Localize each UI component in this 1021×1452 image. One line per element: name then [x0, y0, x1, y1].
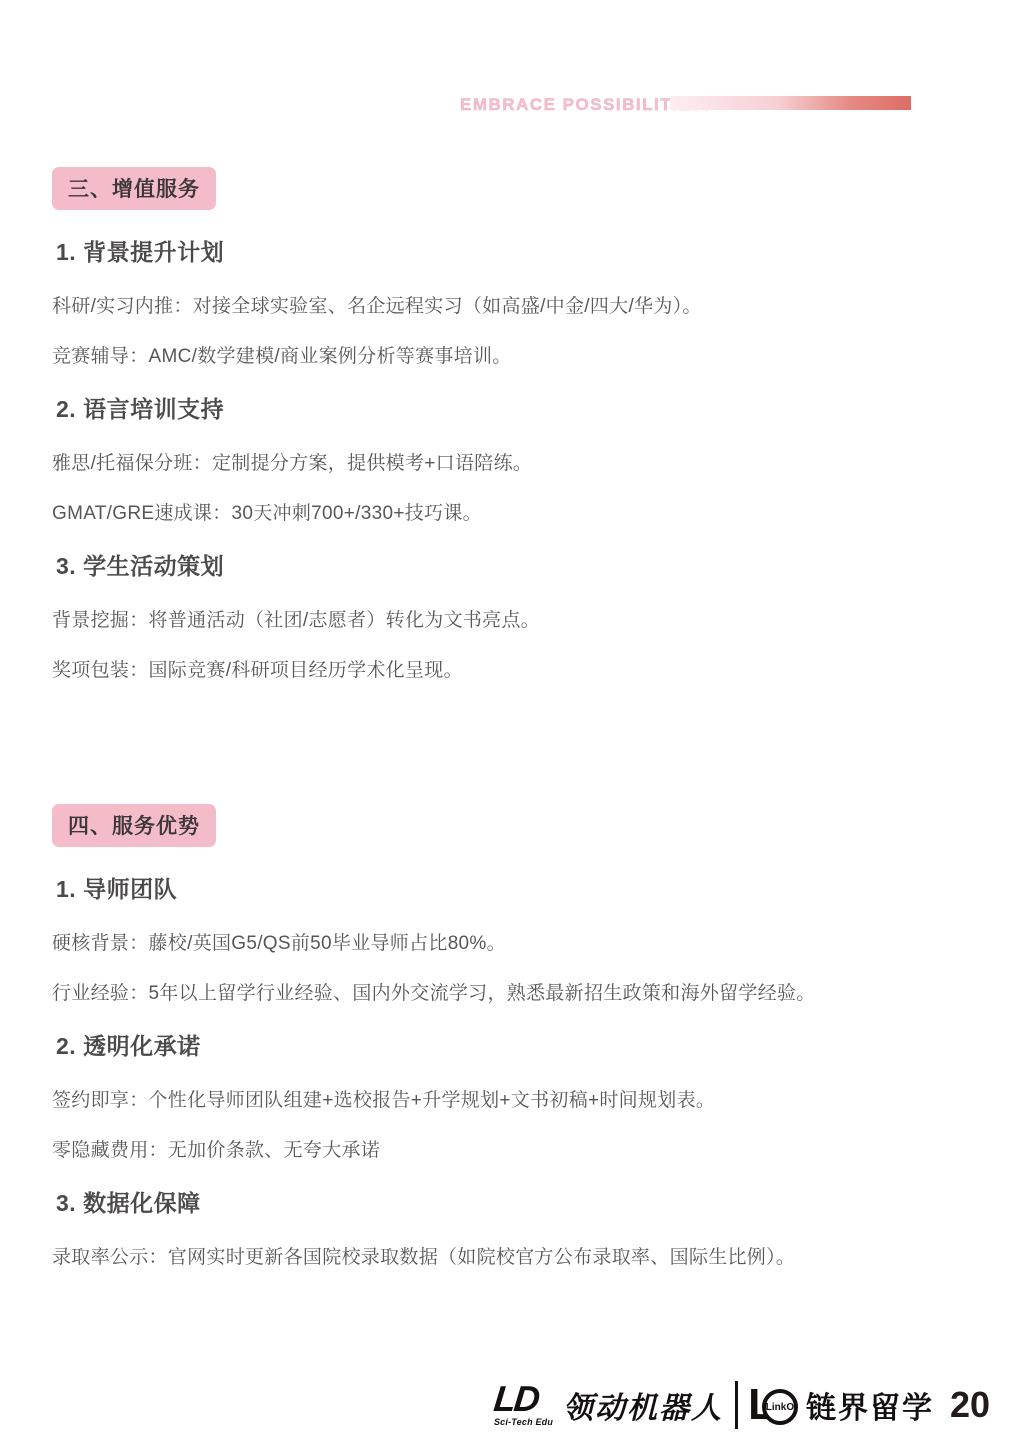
- subsection-heading: 2. 语言培训支持: [56, 391, 962, 424]
- body-line: 科研/实习内推：对接全球实验室、名企远程实习（如高盛/中金/四大/华为）。: [52, 296, 962, 317]
- body-line: 录取率公示：官网实时更新各国院校录取数据（如院校官方公布录取率、国际生比例）。: [52, 1247, 962, 1268]
- section-value-added-services: 三、增值服务 1. 背景提升计划 科研/实习内推：对接全球实验室、名企远程实习（…: [52, 167, 962, 681]
- subsection-data-guarantee: 3. 数据化保障 录取率公示：官网实时更新各国院校录取数据（如院校官方公布录取率…: [52, 1185, 962, 1268]
- page-number: 20: [950, 1384, 990, 1426]
- subsection-transparency: 2. 透明化承诺 签约即享：个性化导师团队组建+选校报告+升学规划+文书初稿+时…: [52, 1028, 962, 1161]
- brand-name-lingdong-robot: 领动机器人: [563, 1383, 723, 1427]
- ld-logo-letters: LD: [492, 1383, 539, 1415]
- section-service-advantages: 四、服务优势 1. 导师团队 硬核背景：藤校/英国G5/QS前50毕业导师占比8…: [52, 804, 962, 1268]
- linko-logo-ring-text: LinkO: [766, 1402, 794, 1413]
- body-line: 背景挖掘：将普通活动（社团/志愿者）转化为文书亮点。: [52, 610, 962, 631]
- subsection-language-training: 2. 语言培训支持 雅思/托福保分班：定制提分方案，提供模考+口语陪练。 GMA…: [52, 391, 962, 524]
- body-line: GMAT/GRE速成课：30天冲刺700+/330+技巧课。: [52, 503, 962, 524]
- subsection-heading: 3. 学生活动策划: [56, 548, 962, 581]
- ld-sci-tech-logo-icon: LD Sci-Tech Edu: [494, 1383, 553, 1426]
- subsection-heading: 3. 数据化保障: [56, 1185, 962, 1218]
- subsection-student-activities: 3. 学生活动策划 背景挖掘：将普通活动（社团/志愿者）转化为文书亮点。 奖项包…: [52, 548, 962, 681]
- document-page: EMBRACE POSSIBILITIES. 三、增值服务 1. 背景提升计划 …: [0, 0, 1021, 1452]
- subsection-heading: 1. 导师团队: [56, 871, 962, 904]
- body-line: 行业经验：5年以上留学行业经验、国内外交流学习，熟悉最新招生政策和海外留学经验。: [52, 983, 962, 1004]
- body-line: 签约即享：个性化导师团队组建+选校报告+升学规划+文书初稿+时间规划表。: [52, 1090, 962, 1111]
- body-line: 竞赛辅导：AMC/数学建模/商业案例分析等赛事培训。: [52, 346, 962, 367]
- subsection-mentor-team: 1. 导师团队 硬核背景：藤校/英国G5/QS前50毕业导师占比80%。 行业经…: [52, 871, 962, 1004]
- footer: LD Sci-Tech Edu 领动机器人 L LinkO 链界留学 20: [494, 1374, 990, 1436]
- body-line: 硬核背景：藤校/英国G5/QS前50毕业导师占比80%。: [52, 933, 962, 954]
- section-badge: 三、增值服务: [52, 167, 216, 210]
- linko-logo-icon: L LinkO: [748, 1384, 798, 1426]
- page-content: 三、增值服务 1. 背景提升计划 科研/实习内推：对接全球实验室、名企远程实习（…: [52, 167, 962, 1268]
- body-line: 奖项包装：国际竞赛/科研项目经历学术化呈现。: [52, 660, 962, 681]
- gradient-bar: [670, 96, 911, 110]
- subsection-heading: 2. 透明化承诺: [56, 1028, 962, 1061]
- body-line: 雅思/托福保分班：定制提分方案，提供模考+口语陪练。: [52, 453, 962, 474]
- brand-name-lianjie-study-abroad: 链界留学: [806, 1383, 934, 1427]
- section-badge: 四、服务优势: [52, 804, 216, 847]
- body-line: 零隐藏费用：无加价条款、无夸大承诺: [52, 1140, 962, 1161]
- subsection-background-boost: 1. 背景提升计划 科研/实习内推：对接全球实验室、名企远程实习（如高盛/中金/…: [52, 234, 962, 367]
- footer-divider: [735, 1381, 738, 1429]
- linko-logo-ring: LinkO: [762, 1389, 798, 1425]
- subsection-heading: 1. 背景提升计划: [56, 234, 962, 267]
